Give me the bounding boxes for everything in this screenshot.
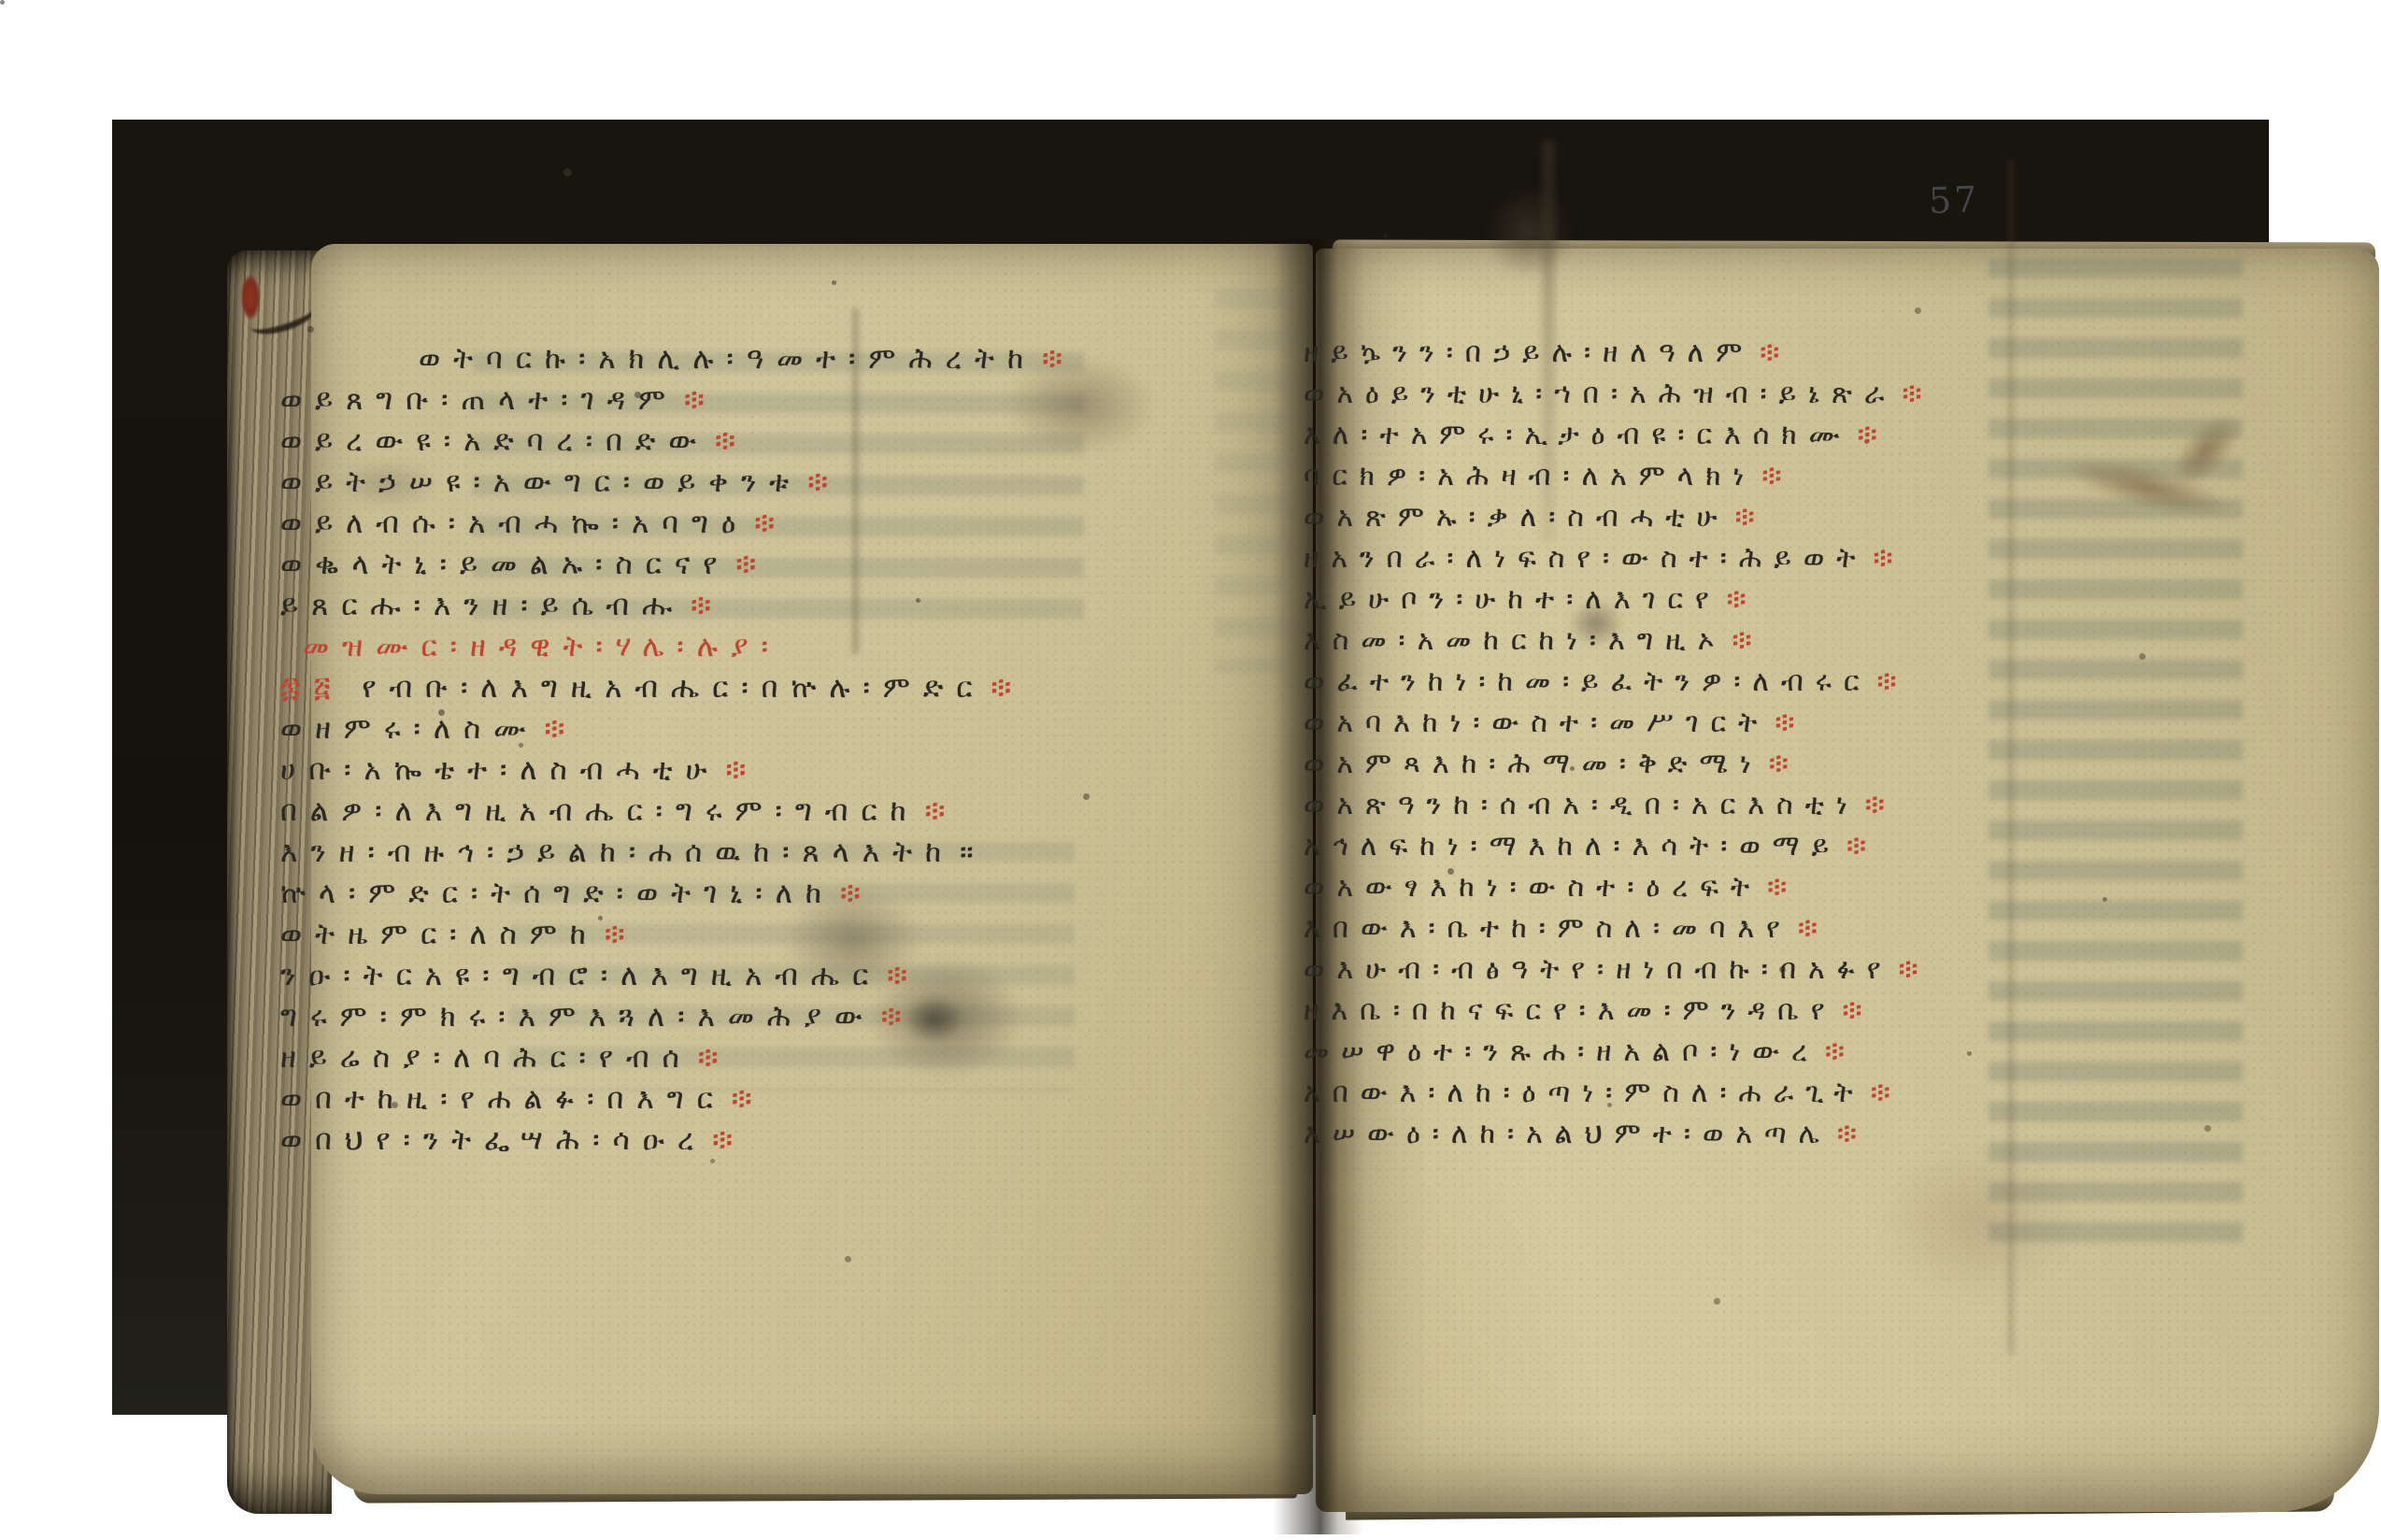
text-line: ዘይኴንን፡በኃይሉ፡ዘለዓለም፨ <box>1304 333 2266 374</box>
verse-end-mark: ፨ <box>1825 1035 1857 1068</box>
verse-end-mark: ፨ <box>1858 419 1889 451</box>
line-text: ወአባእከነ፡ውስተ፡መሥገርት <box>1304 706 1769 739</box>
folio-number: 57 <box>1928 178 1980 221</box>
line-text: ንዑ፡ትርአዩ፡ግብሮ፡ለእግዚአብሔር <box>280 959 881 992</box>
text-line: ወፈተንከነ፡ከመ፡ይፈትንዎ፡ለብሩር፨ <box>1304 662 2266 703</box>
verse-end-mark: ፨ <box>691 589 724 622</box>
text-line: ወአውፃእከነ፡ውስተ፡ዕረፍት፨ <box>1304 867 2266 908</box>
psalm-number: ፷፭ <box>280 671 343 705</box>
verse-end-mark: ። <box>960 835 986 869</box>
line-text: አበውእ፡ለከ፡ዕጣነ፡ምስለ፡ሐራጊት <box>1304 1077 1865 1109</box>
verse-end-mark: ፨ <box>887 959 920 992</box>
verse-end-mark: ፨ <box>1871 1077 1903 1109</box>
scan-canvas: ወትባርኩ፡አክሊሉ፡ዓመተ፡ምሕረትከ፨ወይጸግቡ፡ጠላተ፡ገዳም፨ወይረውዩ… <box>0 0 2381 1540</box>
line-text: ወቈላትኒ፡ይመልኡ፡ስርናየ <box>280 548 730 581</box>
text-line: ኵላ፡ምድር፡ትሰግድ፡ወትገኒ፡ለከ፨ <box>280 873 1196 914</box>
verse-end-mark: ፨ <box>1843 994 1875 1027</box>
line-text: ወአምጻእከ፡ሕማመ፡ቅድሜነ <box>1304 748 1763 780</box>
line-text: ኢይሁቦን፡ሁከተ፡ለእገርየ <box>1304 583 1721 616</box>
verse-end-mark: ፨ <box>991 671 1024 705</box>
text-line: ወትባርኩ፡አክሊሉ፡ዓመተ፡ምሕረትከ፨ <box>419 338 1196 379</box>
line-text: ወይረውዩ፡አድባረ፡በድው <box>280 424 709 458</box>
text-line: ወአጽዓንከ፡ሰብአ፡ዲበ፡አርእስቲነ፨ <box>1304 785 2266 826</box>
text-line: ዘይሬስያ፡ለባሕር፡የብሰ፨ <box>280 1037 1196 1078</box>
line-text: እሠውዕ፡ለከ፡አልህምተ፡ወአጣሌ <box>1304 1118 1832 1150</box>
text-line: ወይለብሱ፡አብሓኰ፡አባግዕ፨ <box>280 503 1196 544</box>
verse-end-mark: ፨ <box>1846 830 1878 863</box>
verse-end-mark: ፨ <box>1798 912 1830 945</box>
line-text: መዝሙር፡ዘዳዊት፡ሃሌ፡ሉያ፡ <box>303 630 781 663</box>
line-text: ሀቡ፡አኰቴተ፡ለስብሓቲሁ <box>280 753 720 787</box>
line-text: እንዘ፡ብዙኅ፡ኃይልከ፡ሐሰዉከ፡ጸላእትከ <box>280 835 954 869</box>
verse-end-mark: ፨ <box>1877 665 1909 698</box>
line-text: ዘአንበራ፡ለነፍስየ፡ውስተ፡ሕይወት <box>1304 542 1867 575</box>
verse-end-mark: ፨ <box>1769 748 1801 780</box>
text-line: አኅለፍከነ፡ማእከለ፡እሳት፡ወማይ፨ <box>1304 826 2266 867</box>
verse-end-mark: ፨ <box>1899 953 1931 986</box>
red-binding-thread <box>241 275 260 320</box>
line-text: ወትዜምር፡ለስምከ <box>280 918 599 951</box>
line-text: ወዘምሩ፡ለስሙ <box>280 712 539 746</box>
line-text: ወእሁብ፡ብፅዓትየ፡ዘነበብኩ፡በአፉየ <box>1304 953 1893 986</box>
verse-end-mark: ፨ <box>1760 336 1791 369</box>
text-line: በልዎ፡ለእግዚአብሔር፡ግሩም፡ግብርከ፨ <box>280 791 1196 832</box>
line-text: ወአውፃእከነ፡ውስተ፡ዕረፍት <box>1304 871 1761 904</box>
verse-end-mark: ፨ <box>1865 789 1897 821</box>
line-text: በልዎ፡ለእግዚአብሔር፡ግሩም፡ግብርከ <box>280 794 920 828</box>
verse-end-mark: ፨ <box>754 506 788 540</box>
text-line: ወዘምሩ፡ለስሙ፨ <box>280 708 1196 749</box>
line-text: ግሩም፡ምክሩ፡እምእጓለ፡እመሕያው <box>280 1000 876 1034</box>
verse-end-mark: ፨ <box>1732 624 1764 657</box>
text-line: ሀቡ፡አኰቴተ፡ለስብሓቲሁ፨ <box>280 749 1196 791</box>
text-line: ወእሁብ፡ብፅዓትየ፡ዘነበብኩ፡በአፉየ፨ <box>1304 949 2266 991</box>
rubric-line: መዝሙር፡ዘዳዊት፡ሃሌ፡ሉያ፡ <box>303 626 1196 667</box>
verse-end-mark: ፨ <box>1837 1118 1869 1150</box>
line-text: ወአጽምኡ፡ቃለ፡ስብሓቲሁ <box>1304 501 1730 534</box>
verse-end-mark: ፨ <box>545 712 578 746</box>
text-line: ወአጽምኡ፡ቃለ፡ስብሓቲሁ፨ <box>1304 497 2266 538</box>
line-text: ዘይሬስያ፡ለባሕር፡የብሰ <box>280 1041 692 1075</box>
text-line: ፷፭የብቡ፡ለእግዚአብሔር፡በኵሉ፡ምድር፨ <box>280 667 1196 708</box>
text-line: ይጸርሑ፡እንዘ፡ይሴብሑ፨ <box>280 585 1196 626</box>
text-line: መሠዋዕተ፡ንጹሐ፡ዘአልቦ፡ነውረ፨ <box>1304 1032 2266 1073</box>
text-line: እሠውዕ፡ለከ፡አልህምተ፡ወአጣሌ፨ <box>1304 1114 2266 1155</box>
line-text: እለ፡ተአምሩ፡ኢታዕብዩ፡ርእሰክሙ <box>1304 419 1852 451</box>
verse-end-mark: ፨ <box>1761 460 1793 492</box>
text-line: ወበተከዚ፡የሐልፉ፡በእግር፨ <box>280 1078 1196 1119</box>
line-text: እስመ፡አመከርከነ፡እግዚኦ <box>1304 624 1727 657</box>
verse-end-mark: ፨ <box>735 548 769 581</box>
text-line: እለ፡ተአምሩ፡ኢታዕብዩ፡ርእሰክሙ፨ <box>1304 415 2266 456</box>
dirt-specks <box>0 0 5 5</box>
line-text: መሠዋዕተ፡ንጹሐ፡ዘአልቦ፡ነውረ <box>1304 1035 1819 1068</box>
verse-end-mark: ፨ <box>881 1000 915 1034</box>
verse-end-mark: ፨ <box>605 918 638 951</box>
verse-end-mark: ፨ <box>1735 501 1767 534</box>
text-line: ወቈላትኒ፡ይመልኡ፡ስርናየ፨ <box>280 544 1196 585</box>
text-line: ወአምጻእከ፡ሕማመ፡ቅድሜነ፨ <box>1304 744 2266 785</box>
left-page-text: ወትባርኩ፡አክሊሉ፡ዓመተ፡ምሕረትከ፨ወይጸግቡ፡ጠላተ፡ገዳም፨ወይረውዩ… <box>280 338 1196 1161</box>
line-text: ወትባርኩ፡አክሊሉ፡ዓመተ፡ምሕረትከ <box>419 342 1036 376</box>
line-text: ወበተከዚ፡የሐልፉ፡በእግር <box>280 1082 726 1116</box>
verse-end-mark: ፨ <box>698 1041 732 1075</box>
line-text: ዘእቤ፡በከናፍርየ፡እመ፡ምንዳቤየ <box>1304 994 1837 1027</box>
verse-end-mark: ፨ <box>1042 342 1076 376</box>
text-line: ወአባእከነ፡ውስተ፡መሥገርት፨ <box>1304 703 2266 744</box>
line-text: ይጸርሑ፡እንዘ፡ይሴብሑ <box>280 589 685 622</box>
verse-end-mark: ፨ <box>684 383 718 417</box>
text-line: እንዘ፡ብዙኅ፡ኃይልከ፡ሐሰዉከ፡ጸላእትከ። <box>280 832 1196 873</box>
line-text: ወፈተንከነ፡ከመ፡ይፈትንዎ፡ለብሩር <box>1304 665 1872 698</box>
text-line: ባርክዎ፡አሕዛብ፡ለአምላክነ፨ <box>1304 456 2266 497</box>
line-text: እበውእ፡ቤተከ፡ምስለ፡መባእየ <box>1304 912 1792 945</box>
verse-end-mark: ፨ <box>715 424 749 458</box>
text-line: እበውእ፡ቤተከ፡ምስለ፡መባእየ፨ <box>1304 908 2266 949</box>
line-text: ወይጸግቡ፡ጠላተ፡ገዳም <box>280 383 678 417</box>
verse-end-mark: ፨ <box>1873 542 1904 575</box>
text-line: ወይረውዩ፡አድባረ፡በድው፨ <box>280 421 1196 462</box>
text-line: ወይጸግቡ፡ጠላተ፡ገዳም፨ <box>280 379 1196 421</box>
verse-end-mark: ፨ <box>732 1082 765 1116</box>
line-text: የብቡ፡ለእግዚአብሔር፡በኵሉ፡ምድር <box>362 671 985 705</box>
line-text: ወይትኃሠዩ፡አውግር፡ወይቀንቱ <box>280 465 802 499</box>
text-line: ዘአንበራ፡ለነፍስየ፡ውስተ፡ሕይወት፨ <box>1304 538 2266 579</box>
verse-end-mark: ፨ <box>1775 706 1806 739</box>
text-line: ወይትኃሠዩ፡አውግር፡ወይቀንቱ፨ <box>280 462 1196 503</box>
verse-end-mark: ፨ <box>1767 871 1799 904</box>
verse-end-mark: ፨ <box>712 1123 746 1157</box>
text-line: ወበህየ፡ንትፌሣሕ፡ሳዑረ፨ <box>280 1119 1196 1161</box>
verse-end-mark: ፨ <box>1727 583 1759 616</box>
text-line: ወአዕይንቲሁኒ፡ኀበ፡አሕዝብ፡ይኔጽራ፨ <box>1304 374 2266 415</box>
line-text: ባርክዎ፡አሕዛብ፡ለአምላክነ <box>1304 460 1756 492</box>
text-line: አበውእ፡ለከ፡ዕጣነ፡ምስለ፡ሐራጊት፨ <box>1304 1073 2266 1114</box>
line-text: ኵላ፡ምድር፡ትሰግድ፡ወትገኒ፡ለከ <box>280 877 834 910</box>
text-line: ወትዜምር፡ለስምከ፨ <box>280 914 1196 955</box>
line-text: ወይለብሱ፡አብሓኰ፡አባግዕ <box>280 506 749 540</box>
line-text: አኅለፍከነ፡ማእከለ፡እሳት፡ወማይ <box>1304 830 1841 863</box>
verse-end-mark: ፨ <box>840 877 874 910</box>
verse-end-mark: ፨ <box>1902 378 1933 410</box>
line-text: ወበህየ፡ንትፌሣሕ፡ሳዑረ <box>280 1123 706 1157</box>
line-text: ዘይኴንን፡በኃይሉ፡ዘለዓለም <box>1304 336 1754 369</box>
verse-end-mark: ፨ <box>807 465 841 499</box>
line-text: ወአጽዓንከ፡ሰብአ፡ዲበ፡አርእስቲነ <box>1304 789 1860 821</box>
text-line: ግሩም፡ምክሩ፡እምእጓለ፡እመሕያው፨ <box>280 996 1196 1037</box>
text-line: ንዑ፡ትርአዩ፡ግብሮ፡ለእግዚአብሔር፨ <box>280 955 1196 996</box>
line-text: ወአዕይንቲሁኒ፡ኀበ፡አሕዝብ፡ይኔጽራ <box>1304 378 1896 410</box>
text-line: ዘእቤ፡በከናፍርየ፡እመ፡ምንዳቤየ፨ <box>1304 991 2266 1032</box>
verse-end-mark: ፨ <box>925 794 959 828</box>
right-page-text: ዘይኴንን፡በኃይሉ፡ዘለዓለም፨ወአዕይንቲሁኒ፡ኀበ፡አሕዝብ፡ይኔጽራ፨እ… <box>1304 333 2266 1155</box>
verse-end-mark: ፨ <box>725 753 759 787</box>
text-line: እስመ፡አመከርከነ፡እግዚኦ፨ <box>1304 620 2266 662</box>
text-line: ኢይሁቦን፡ሁከተ፡ለእገርየ፨ <box>1304 579 2266 620</box>
